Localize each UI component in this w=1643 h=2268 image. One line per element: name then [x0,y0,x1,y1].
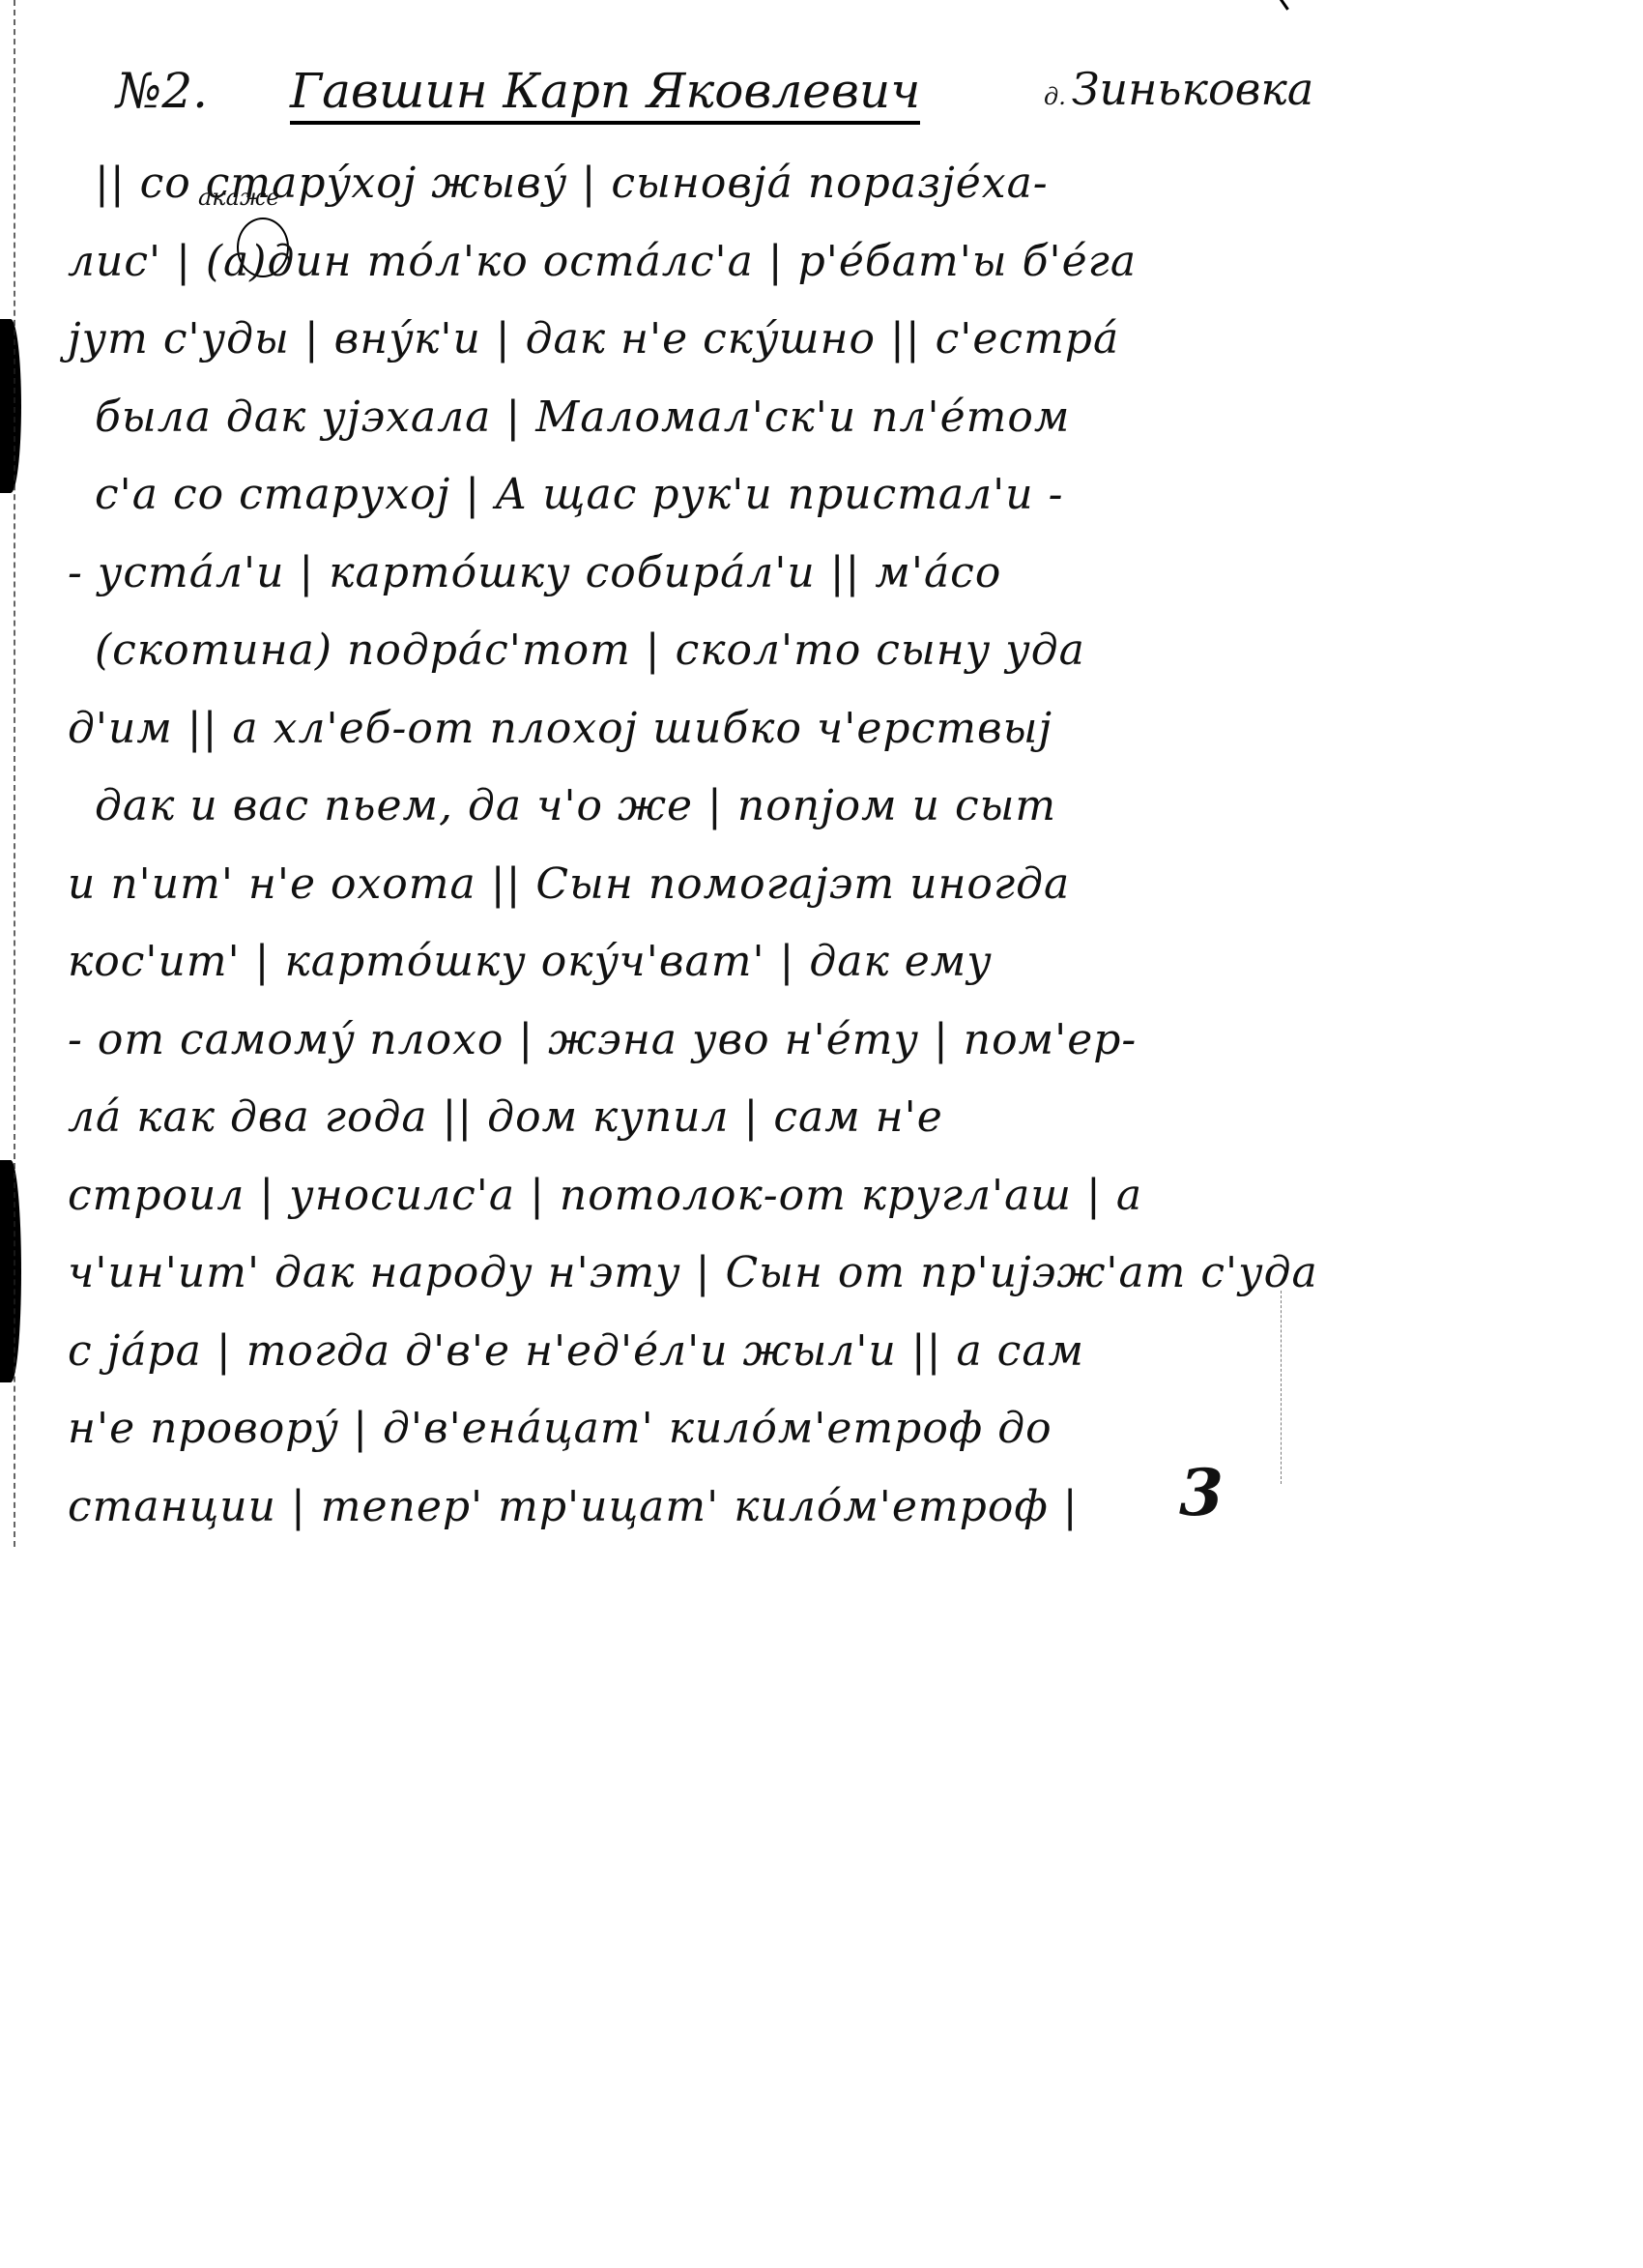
text-line: с'а со старухоj | А щас рук'и пристал'и … [68,456,1276,535]
text-line: строил | уносилс'а | потолок-от кругл'aш… [68,1157,1276,1236]
text-line: дак и вас пьем, да ч'о же | попjом и сыт [68,768,1276,846]
place-name: д.Зиньковка [1044,63,1313,115]
page-number: 3 [1179,1455,1224,1530]
document-header: №2. Гавшин Карп Якoвлевич д.Зиньковка [116,53,1276,131]
document-page: №2. Гавшин Карп Якoвлевич д.Зиньковка ак… [0,0,1643,2268]
text-line: была дак уjэхала | Маломал'ск'и пл'éтом [68,379,1276,457]
text-line: || со старýхоj жывý | сыновjá поразjéха- [68,145,1276,223]
text-line: д'им || а хл'eб-от плохоj шибко ч'ерствы… [68,690,1276,769]
binding-shadow-bottom [0,1160,21,1382]
scan-corner-mark [1271,0,1289,15]
text-line: - устáл'и | картóшку собирáл'и || м'áсо [68,535,1276,613]
text-line: лис' | (а)дин тóл'ко остáлс'а | р'éбат'ы… [68,223,1276,302]
text-line: кос'ит' | картóшку окýч'ват' | дак ему [68,923,1276,1002]
text-line: станции | тепер' тр'ицат' килóм'етроф | [68,1468,1276,1547]
binding-shadow-top [0,319,21,493]
text-line: (скотина) подрáс'тот | скол'то сыну уда [68,612,1276,690]
text-line: и п'ит' н'е охота || Сын помогаjэт иногд… [68,846,1276,924]
text-line: - от самомý плохо | жэна уво н'éту | пом… [68,1002,1276,1080]
informant-name: Гавшин Карп Якoвлевич [290,63,920,125]
place-label: Зиньковка [1072,63,1313,115]
text-line: ч'ин'ит' дак народу н'эту | Сын от пр'иj… [68,1235,1276,1313]
margin-scan-line [14,0,17,1547]
text-line: н'е проворý | д'в'енáцат' килóм'етроф до [68,1390,1276,1468]
text-line: jут с'уды | внýк'и | дак н'е скýшно || с… [68,301,1276,379]
place-prefix: д. [1044,83,1066,110]
record-number: №2. [116,63,208,119]
text-line: лá как два года || дом купил | сам н'е [68,1079,1276,1157]
transcription-body: || со старýхоj жывý | сыновjá поразjéха-… [68,145,1276,1546]
right-scan-line [1281,1291,1283,1484]
text-line: с jápa | тогда д'в'е н'ед'éл'и жыл'и || … [68,1313,1276,1391]
